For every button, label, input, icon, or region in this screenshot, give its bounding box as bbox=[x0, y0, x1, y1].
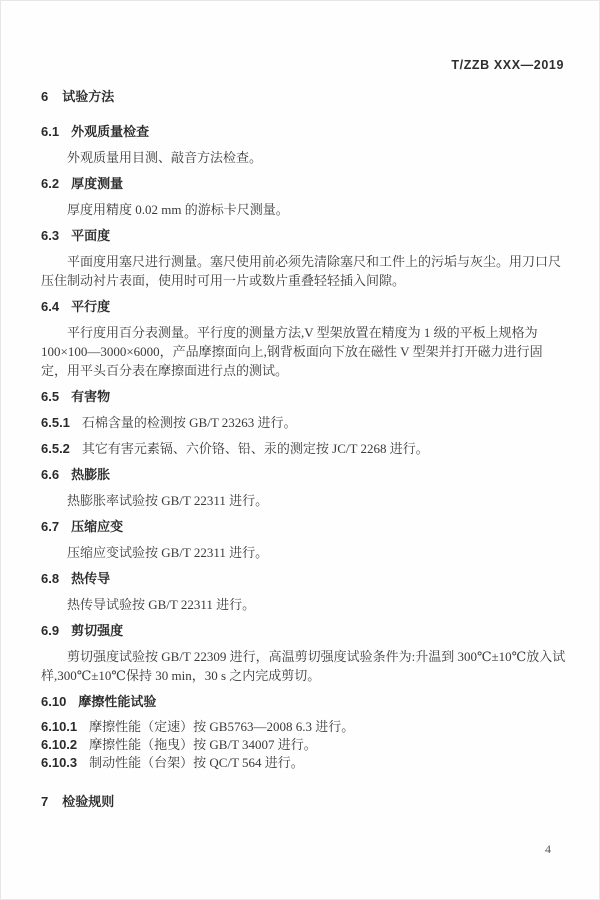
clause-number: 6.3 bbox=[41, 228, 59, 243]
clause-7-heading: 7检验规则 bbox=[41, 792, 568, 811]
clause-6-2-paragraph: 厚度用精度 0.02 mm 的游标卡尺测量。 bbox=[41, 200, 568, 219]
clause-number: 6 bbox=[41, 89, 48, 104]
clause-number: 6.5.1 bbox=[41, 415, 70, 430]
clause-6-3-heading: 6.3平面度 bbox=[41, 226, 568, 245]
clause-number: 6.9 bbox=[41, 623, 59, 638]
clause-6-10-heading: 6.10摩擦性能试验 bbox=[41, 692, 568, 711]
clause-title: 摩擦性能试验 bbox=[78, 694, 156, 709]
clause-6-6-heading: 6.6热膨胀 bbox=[41, 465, 568, 484]
clause-6-9-heading: 6.9剪切强度 bbox=[41, 621, 568, 640]
clause-6-6-paragraph: 热膨胀率试验按 GB/T 22311 进行。 bbox=[41, 491, 568, 510]
clause-6-4-heading: 6.4平行度 bbox=[41, 297, 568, 316]
clause-number: 6.10.3 bbox=[41, 755, 77, 770]
clause-6-4-paragraph: 平行度用百分表测量。平行度的测量方法,V 型架放置在精度为 1 级的平板上规格为… bbox=[41, 323, 568, 380]
clause-6-10-3: 6.10.3制动性能（台架）按 QC/T 564 进行。 bbox=[41, 754, 568, 772]
clause-number: 6.8 bbox=[41, 571, 59, 586]
clause-number: 6.1 bbox=[41, 124, 59, 139]
clause-6-7-paragraph: 压缩应变试验按 GB/T 22311 进行。 bbox=[41, 543, 568, 562]
clause-6-5-2: 6.5.2其它有害元素镉、六价铬、铅、汞的测定按 JC/T 2268 进行。 bbox=[41, 439, 568, 458]
clause-6-1-heading: 6.1外观质量检查 bbox=[41, 122, 568, 141]
clause-number: 6.6 bbox=[41, 467, 59, 482]
clause-number: 6.2 bbox=[41, 176, 59, 191]
clause-6-9-paragraph: 剪切强度试验按 GB/T 22309 进行，高温剪切强度试验条件为:升温到 30… bbox=[41, 647, 568, 685]
clause-6-heading: 6试验方法 bbox=[41, 87, 568, 106]
clause-number: 7 bbox=[41, 794, 48, 809]
clause-text: 制动性能（台架）按 QC/T 564 进行。 bbox=[89, 755, 304, 770]
clause-number: 6.4 bbox=[41, 299, 59, 314]
clause-title: 检验规则 bbox=[62, 794, 114, 809]
page-number: 4 bbox=[545, 842, 551, 857]
clause-number: 6.10 bbox=[41, 694, 66, 709]
clause-number: 6.5 bbox=[41, 389, 59, 404]
clause-title: 压缩应变 bbox=[71, 519, 123, 534]
document-code-header: T/ZZB XXX—2019 bbox=[451, 58, 564, 72]
clause-6-10-2: 6.10.2摩擦性能（拖曳）按 GB/T 34007 进行。 bbox=[41, 736, 568, 754]
clause-number: 6.7 bbox=[41, 519, 59, 534]
clause-title: 热膨胀 bbox=[71, 467, 110, 482]
document-page: T/ZZB XXX—2019 6试验方法 6.1外观质量检查 外观质量用目测、敲… bbox=[0, 0, 600, 900]
document-content: 6试验方法 6.1外观质量检查 外观质量用目测、敲音方法检查。 6.2厚度测量 … bbox=[41, 87, 568, 827]
clause-text: 石棉含量的检测按 GB/T 23263 进行。 bbox=[82, 415, 297, 430]
clause-6-8-paragraph: 热传导试验按 GB/T 22311 进行。 bbox=[41, 595, 568, 614]
clause-text: 摩擦性能（拖曳）按 GB/T 34007 进行。 bbox=[89, 737, 317, 752]
clause-6-8-heading: 6.8热传导 bbox=[41, 569, 568, 588]
clause-title: 平行度 bbox=[71, 299, 110, 314]
clause-number: 6.10.1 bbox=[41, 719, 77, 734]
clause-number: 6.5.2 bbox=[41, 441, 70, 456]
clause-6-1-paragraph: 外观质量用目测、敲音方法检查。 bbox=[41, 148, 568, 167]
clause-6-5-heading: 6.5有害物 bbox=[41, 387, 568, 406]
clause-6-10-1: 6.10.1摩擦性能（定速）按 GB5763—2008 6.3 进行。 bbox=[41, 718, 568, 736]
clause-title: 厚度测量 bbox=[71, 176, 123, 191]
clause-title: 外观质量检查 bbox=[71, 124, 149, 139]
clause-title: 平面度 bbox=[71, 228, 110, 243]
clause-6-5-1: 6.5.1石棉含量的检测按 GB/T 23263 进行。 bbox=[41, 413, 568, 432]
clause-title: 有害物 bbox=[71, 389, 110, 404]
clause-title: 试验方法 bbox=[62, 89, 114, 104]
clause-title: 剪切强度 bbox=[71, 623, 123, 638]
clause-6-7-heading: 6.7压缩应变 bbox=[41, 517, 568, 536]
clause-text: 摩擦性能（定速）按 GB5763—2008 6.3 进行。 bbox=[89, 719, 354, 734]
clause-text: 其它有害元素镉、六价铬、铅、汞的测定按 JC/T 2268 进行。 bbox=[82, 441, 429, 456]
clause-number: 6.10.2 bbox=[41, 737, 77, 752]
clause-6-2-heading: 6.2厚度测量 bbox=[41, 174, 568, 193]
clause-title: 热传导 bbox=[71, 571, 110, 586]
clause-6-3-paragraph: 平面度用塞尺进行测量。塞尺使用前必须先清除塞尺和工件上的污垢与灰尘。用刀口尺压住… bbox=[41, 252, 568, 290]
